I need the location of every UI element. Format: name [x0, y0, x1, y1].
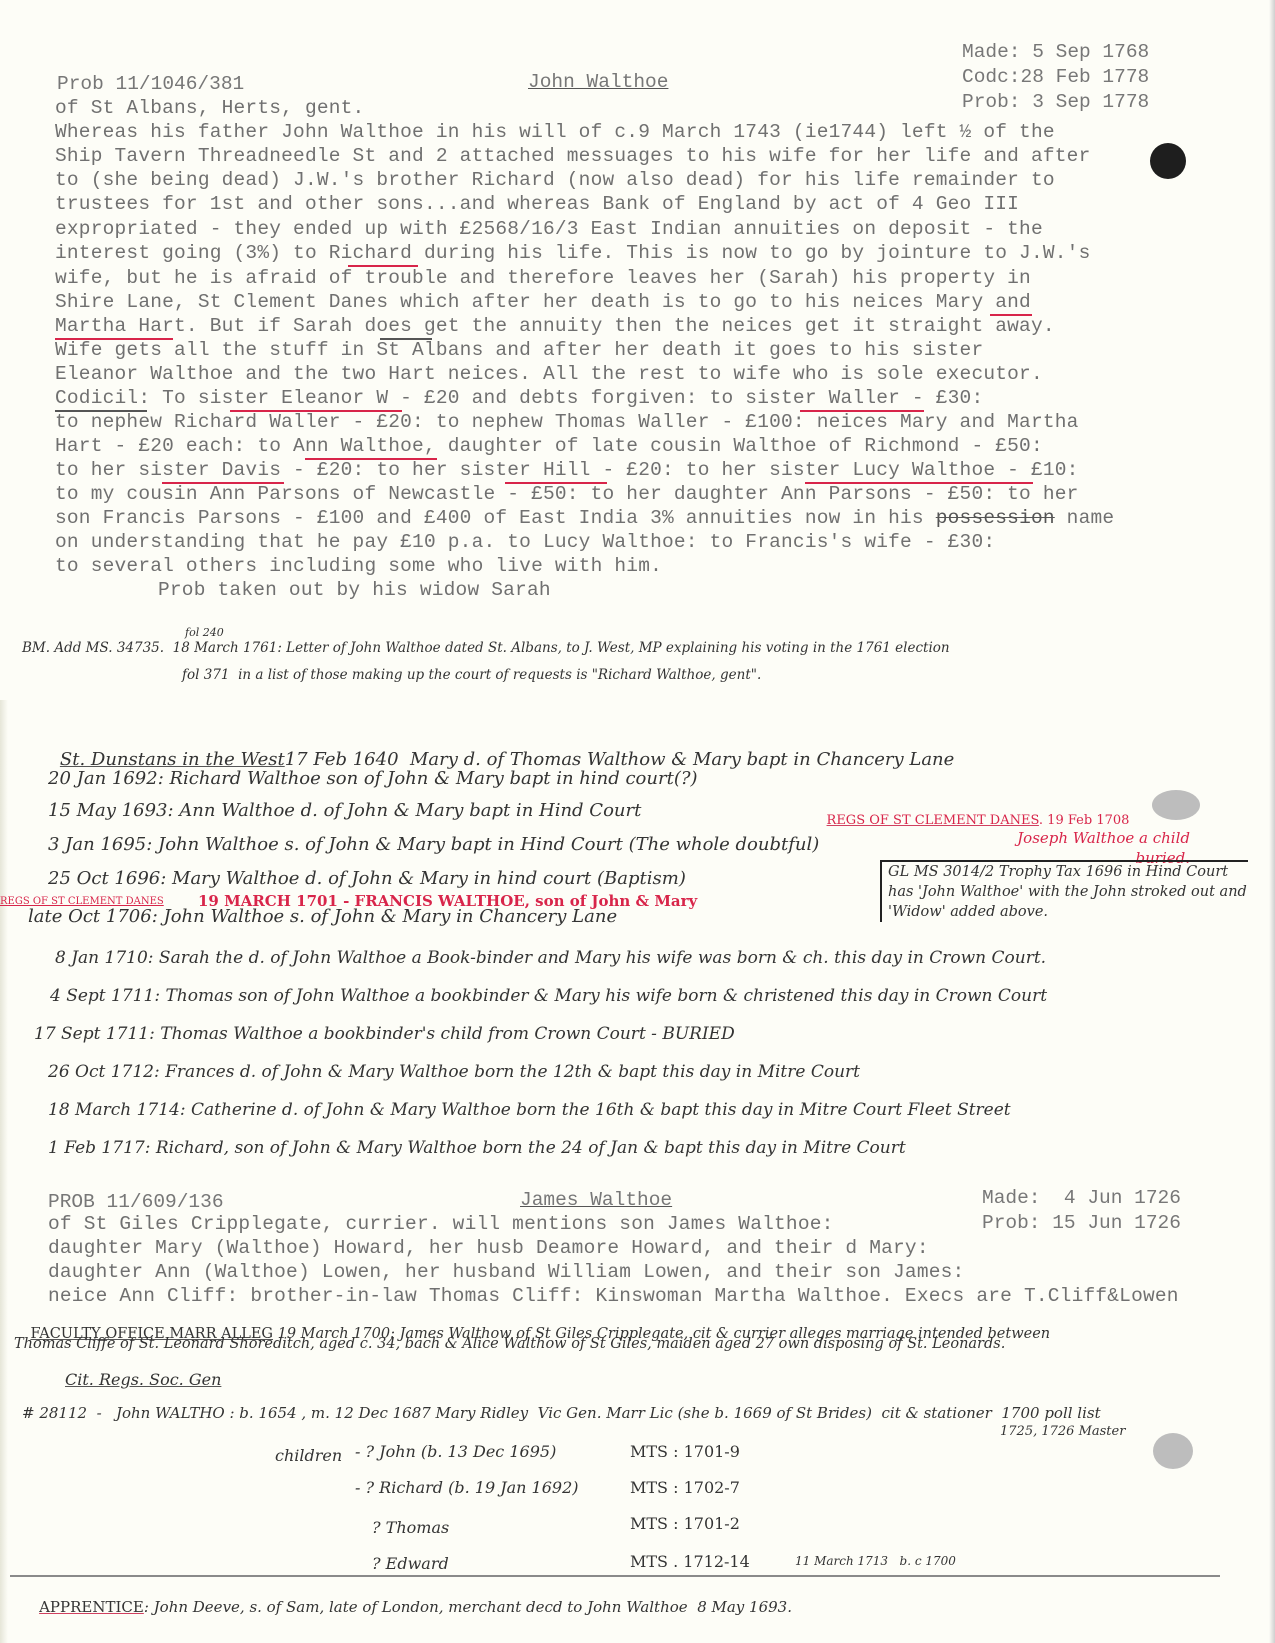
entry-date: late Oct 1706: [28, 906, 152, 927]
text-line: neice Ann Cliff: brother-in-law Thomas C…: [48, 1284, 1179, 1309]
parish-name: St. Dunstans in the West: [60, 749, 285, 770]
page-edge: [1269, 0, 1275, 1643]
entry-date: 25 Oct 1696: [48, 868, 160, 889]
register-entry: 8 Jan 1710: Sarah the d. of John Walthoe…: [55, 948, 1046, 968]
probate-reference: Prob 11/1046/381: [57, 72, 244, 97]
text-line: of St Giles Cripplegate, currier. will m…: [48, 1212, 834, 1237]
text-line: son Francis Parsons - £100 and £400 of E…: [55, 506, 1114, 531]
text-line: Eleanor Walthoe and the two Hart neices.…: [55, 362, 1043, 387]
page-edge-left: [0, 700, 8, 1643]
text-line: expropriated - they ended up with £2568/…: [55, 217, 1043, 242]
red-underline: [805, 482, 1033, 484]
text-line: on understanding that he pay £10 p.a. to…: [55, 530, 995, 555]
register-entry: 15 May 1693: Ann Walthoe d. of John & Ma…: [48, 800, 641, 821]
child-name: ? Thomas: [372, 1518, 449, 1537]
clement-danes-note-2: 19 MARCH 1701 - FRANCIS WALTHOE, son of …: [198, 892, 697, 910]
entry-text: : Mary Walthoe d. of John & Mary in hind…: [160, 868, 686, 889]
testator-name: James Walthoe: [520, 1188, 672, 1213]
entry-text: : Ann Walthoe d. of John & Mary bapt in …: [168, 800, 642, 821]
probate-reference: PROB 11/609/136: [48, 1190, 224, 1215]
entry-date: 20 Jan 1692: [48, 768, 158, 789]
text-line: daughter Mary (Walthoe) Howard, her husb…: [48, 1236, 929, 1261]
divider-line: [10, 1575, 1220, 1577]
register-entry: 18 March 1714: Catherine d. of John & Ma…: [48, 1100, 1011, 1120]
text-line: Shire Lane, St Clement Danes which after…: [55, 290, 1031, 315]
register-entry: 3 Jan 1695: John Walthoe s. of John & Ma…: [48, 834, 819, 855]
probate-date: Prob: 15 Jun 1726: [982, 1211, 1181, 1236]
text-line: wife, but he is afraid of trouble and th…: [55, 266, 1031, 291]
text-line: to my cousin Ann Parsons of Newcastle - …: [55, 482, 1079, 507]
text-line: to (she being dead) J.W.'s brother Richa…: [55, 168, 1055, 193]
entry-text: : Catherine d. of John & Mary Walthoe bo…: [180, 1100, 1011, 1120]
entry-text: : Richard Walthoe son of John & Mary bap…: [158, 768, 698, 789]
bm-note-line: BM. Add MS. 34735. 18 March 1761: Letter…: [22, 640, 950, 656]
clement-danes-note-2-heading: REGS OF ST CLEMENT DANES: [0, 896, 164, 907]
text-line: to several others including some who liv…: [55, 554, 662, 579]
text-line: to nephew Richard Waller - £20: to nephe…: [55, 410, 1079, 435]
codicil-date: Codc:28 Feb 1778: [962, 65, 1149, 90]
red-underline: [505, 482, 607, 484]
made-date: Made: 4 Jun 1726: [982, 1186, 1181, 1211]
entry-date: 1 Feb 1717: [48, 1138, 145, 1158]
entry-date: 8 Jan 1710: [55, 948, 148, 968]
child-mts: MTS : 1701-9: [630, 1442, 740, 1461]
red-underline: [305, 458, 437, 460]
register-entry: 26 Oct 1712: Frances d. of John & Mary W…: [48, 1062, 860, 1082]
archive-note-page: Prob 11/1046/381 John Walthoe Made: 5 Se…: [0, 0, 1275, 1643]
child-mts: MTS : 1702-7: [630, 1478, 740, 1497]
text-segment: name: [1055, 507, 1115, 529]
made-date: Made: 5 Sep 1768: [962, 40, 1149, 65]
red-underline: [348, 265, 418, 267]
apprentice-note: APPRENTICE: John Deeve, s. of Sam, late …: [20, 1580, 792, 1634]
apprentice-label: APPRENTICE: [39, 1598, 144, 1616]
text-line: daughter Ann (Walthoe) Lowen, her husban…: [48, 1260, 964, 1285]
testator-name: John Walthoe: [528, 70, 668, 95]
entry-date: 3 Jan 1695: [48, 834, 146, 855]
master-note: 1725, 1726 Master: [1000, 1424, 1125, 1439]
apprentice-text: : John Deeve, s. of Sam, late of London,…: [144, 1598, 792, 1616]
text-segment: son Francis Parsons - £100 and £400 of E…: [55, 507, 924, 529]
text-line: trustees for 1st and other sons...and wh…: [55, 192, 1019, 217]
bm-note-line: fol 371 in a list of those making up the…: [182, 667, 761, 683]
gl-bracket-note: GL MS 3014/2 Trophy Tax 1696 in Hind Cou…: [880, 860, 1248, 922]
text-line: Wife gets all the stuff in St Albans and…: [55, 338, 983, 363]
register-entry: 17 Sept 1711: Thomas Walthoe a bookbinde…: [34, 1024, 735, 1044]
entry-text: : Thomas Walthoe a bookbinder's child fr…: [149, 1024, 735, 1044]
register-entry: 20 Jan 1692: Richard Walthoe son of John…: [48, 768, 698, 789]
child-mts: MTS . 1712-14: [630, 1552, 750, 1571]
child-name: ? Edward: [372, 1554, 449, 1573]
text-line: interest going (3%) to Richard during hi…: [55, 241, 1090, 266]
child-mts: MTS : 1701-2: [630, 1514, 740, 1533]
text-line: Martha Hart. But if Sarah does get the a…: [55, 314, 1055, 339]
note-heading: REGS OF ST CLEMENT DANES: [827, 813, 1039, 828]
red-underline: [162, 482, 284, 484]
entry-text: : John Walthoe s. of John & Mary bapt in…: [146, 834, 819, 855]
entry-date: 4 Sept 1711: [50, 986, 154, 1006]
red-underline: [990, 314, 1032, 316]
register-entry: 25 Oct 1696: Mary Walthoe d. of John & M…: [48, 868, 686, 889]
text-line: to her sister Davis - £20: to her sister…: [55, 458, 1079, 483]
punch-hole-icon: [1153, 1433, 1193, 1469]
red-underline: [230, 410, 402, 412]
entry-text: : Richard, son of John & Mary Walthoe bo…: [145, 1138, 906, 1158]
cit-regs-heading: Cit. Regs. Soc. Gen: [65, 1370, 221, 1389]
text-line: Whereas his father John Walthoe in his w…: [55, 120, 1055, 145]
struck-word: possession: [936, 507, 1055, 529]
black-underline: [55, 410, 147, 412]
entry-date: 17 Sept 1711: [34, 1024, 149, 1044]
register-entry: 4 Sept 1711: Thomas son of John Walthoe …: [50, 986, 1047, 1006]
faculty-office-note-line: Thomas Cliffe of St. Leonard Shoreditch,…: [14, 1336, 1005, 1352]
text-line: Codicil: To sister Eleanor W - £20 and d…: [55, 386, 983, 411]
entry-text: : Thomas son of John Walthoe a bookbinde…: [154, 986, 1047, 1006]
entry-text: : Frances d. of John & Mary Walthoe born…: [154, 1062, 860, 1082]
text-line: Hart - £20 each: to Ann Walthoe, daughte…: [55, 434, 1043, 459]
child-name: - ? John (b. 13 Dec 1695): [355, 1442, 556, 1461]
cit-regs-entry: # 28112 - John WALTHO : b. 1654 , m. 12 …: [22, 1404, 1101, 1422]
register-entry: 1 Feb 1717: Richard, son of John & Mary …: [48, 1138, 906, 1158]
entry-date: 26 Oct 1712: [48, 1062, 154, 1082]
first-entry: 17 Feb 1640 Mary d. of Thomas Walthow & …: [285, 749, 955, 770]
folio-label: fol 240: [185, 626, 224, 639]
children-label: children: [275, 1446, 342, 1465]
entry-date: 15 May 1693: [48, 800, 168, 821]
red-underline: [55, 338, 173, 340]
black-underline: [380, 338, 432, 340]
red-underline: [800, 410, 924, 412]
entry-date: 18 March 1714: [48, 1100, 180, 1120]
note-date: . 19 Feb 1708: [1039, 813, 1129, 828]
child-name: - ? Richard (b. 19 Jan 1692): [355, 1478, 579, 1497]
punch-hole-icon: [1152, 790, 1200, 820]
probate-date: Prob: 3 Sep 1778: [962, 90, 1149, 115]
text-line: of St Albans, Herts, gent.: [55, 96, 364, 121]
child-extra: 11 March 1713 b. c 1700: [795, 1554, 956, 1568]
text-line: Ship Tavern Threadneedle St and 2 attach…: [55, 144, 1090, 169]
probate-closing: Prob taken out by his widow Sarah: [158, 578, 551, 603]
punch-hole-icon: [1150, 143, 1186, 179]
entry-text: : Sarah the d. of John Walthoe a Book-bi…: [148, 948, 1046, 968]
